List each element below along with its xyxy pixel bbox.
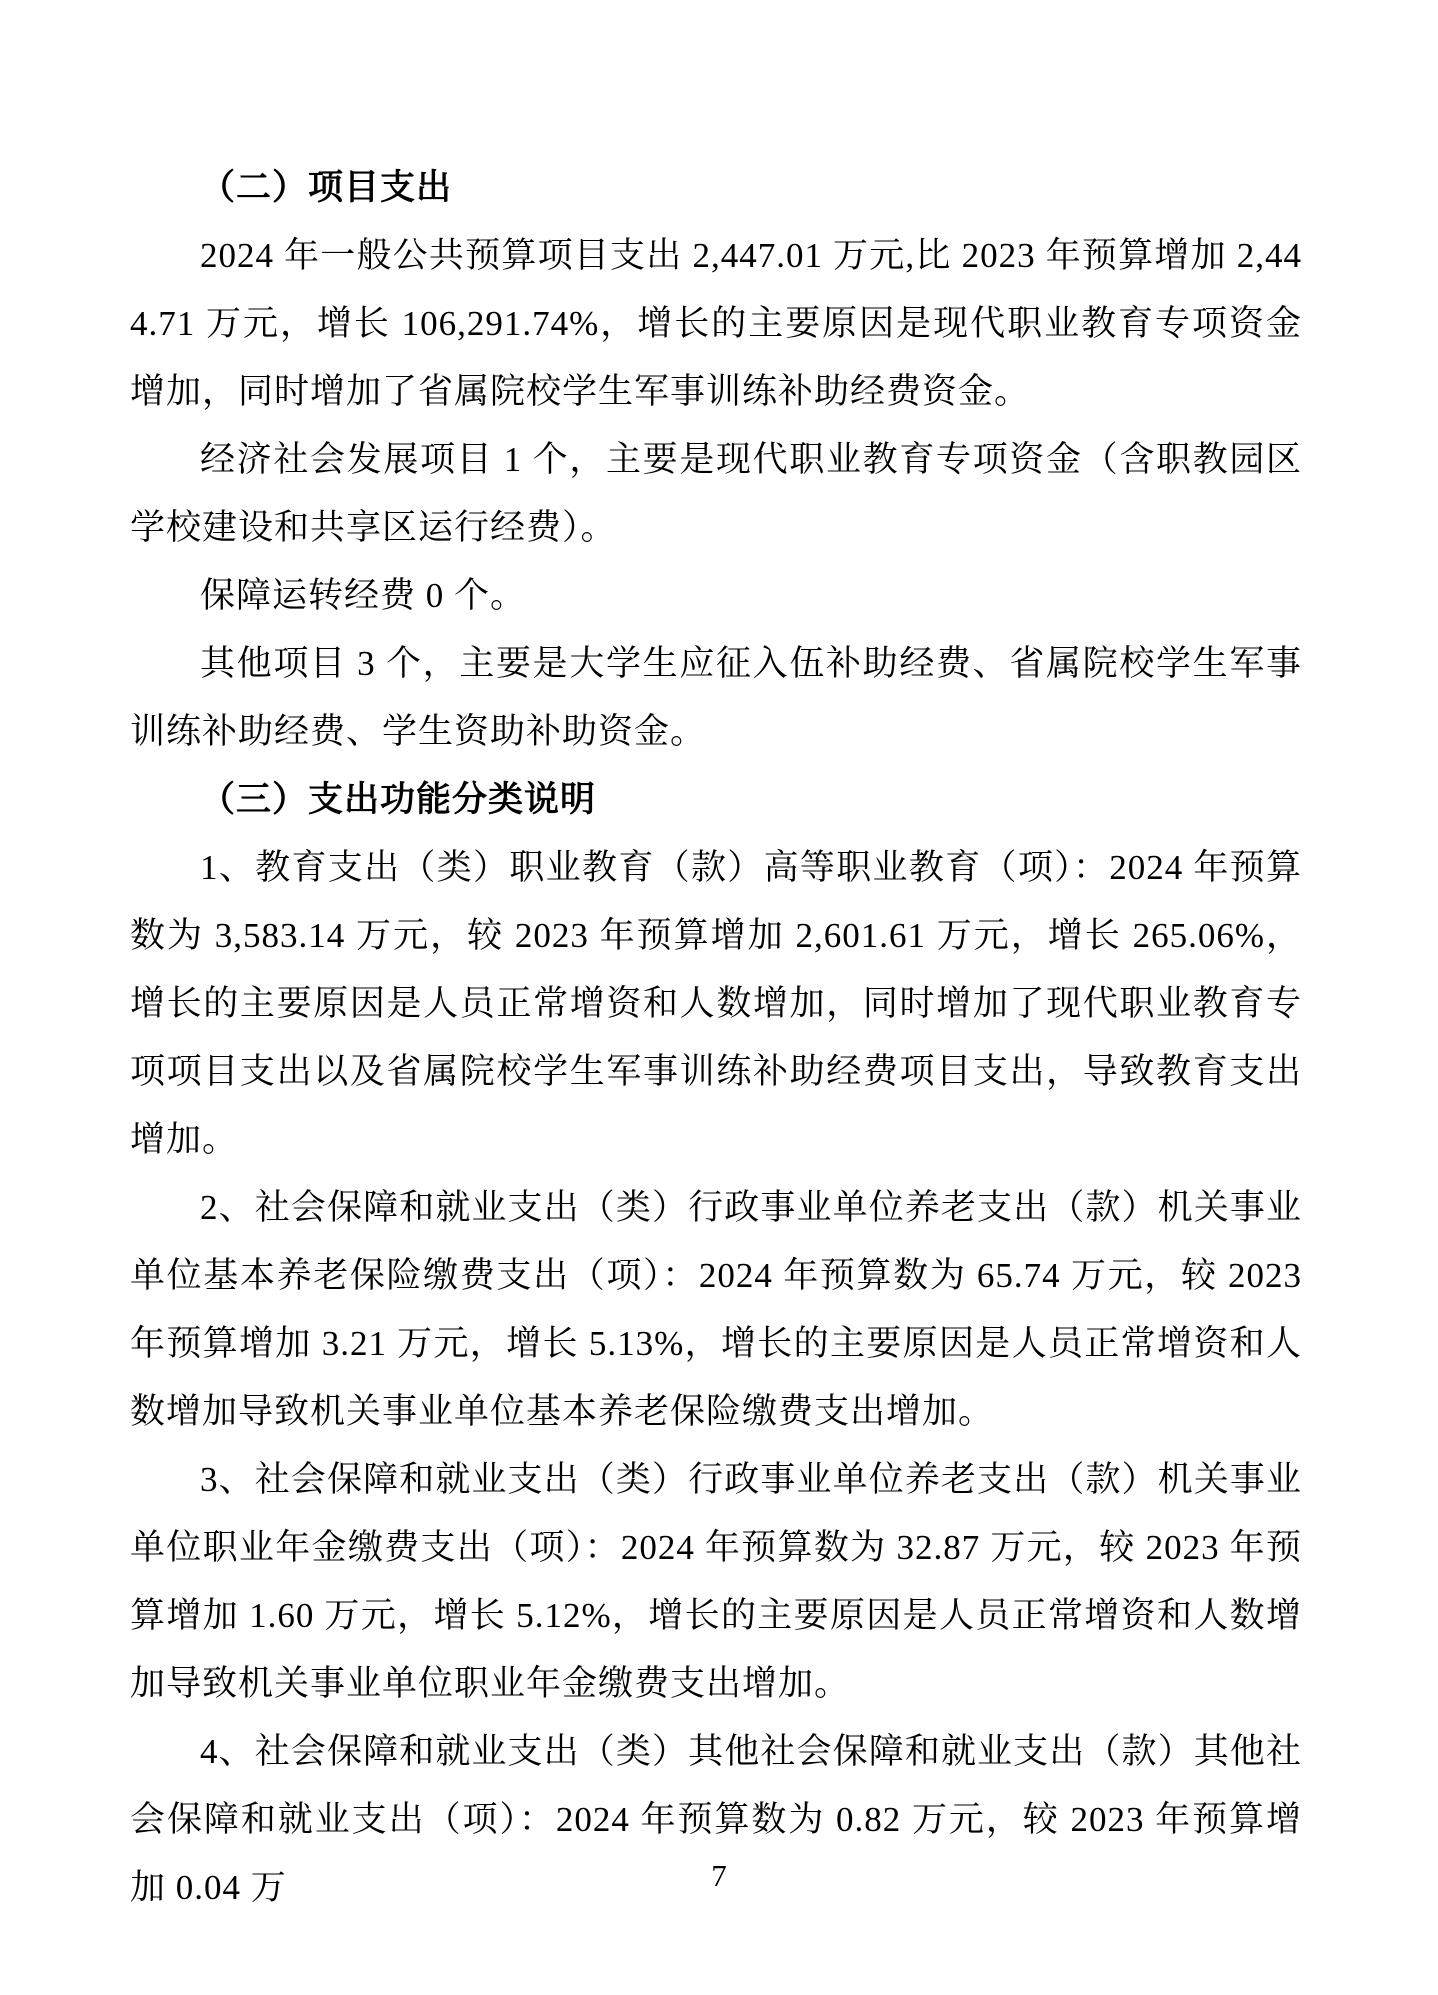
para-operation-guarantee-funds: 保障运转经费 0 个。: [130, 562, 1302, 630]
para-social-security-occupational-annuity: 3、社会保障和就业支出（类）行政事业单位养老支出（款）机关事业单位职业年金缴费支…: [130, 1446, 1302, 1718]
page-content: （二）项目支出 2024 年一般公共预算项目支出 2,447.01 万元,比 2…: [130, 154, 1302, 1922]
section-heading-project-expenditure: （二）项目支出: [130, 154, 1302, 222]
para-social-security-basic-pension: 2、社会保障和就业支出（类）行政事业单位养老支出（款）机关事业单位基本养老保险缴…: [130, 1174, 1302, 1446]
para-economic-social-projects: 经济社会发展项目 1 个，主要是现代职业教育专项资金（含职教园区学校建设和共享区…: [130, 426, 1302, 562]
para-project-expenditure-total: 2024 年一般公共预算项目支出 2,447.01 万元,比 2023 年预算增…: [130, 222, 1302, 426]
page-number: 7: [0, 1858, 1438, 1894]
para-education-expenditure: 1、教育支出（类）职业教育（款）高等职业教育（项）：2024 年预算数为 3,5…: [130, 834, 1302, 1174]
document-page: （二）项目支出 2024 年一般公共预算项目支出 2,447.01 万元,比 2…: [0, 0, 1438, 1995]
section-heading-function-classification: （三）支出功能分类说明: [130, 766, 1302, 834]
para-other-projects: 其他项目 3 个，主要是大学生应征入伍补助经费、省属院校学生军事训练补助经费、学…: [130, 630, 1302, 766]
